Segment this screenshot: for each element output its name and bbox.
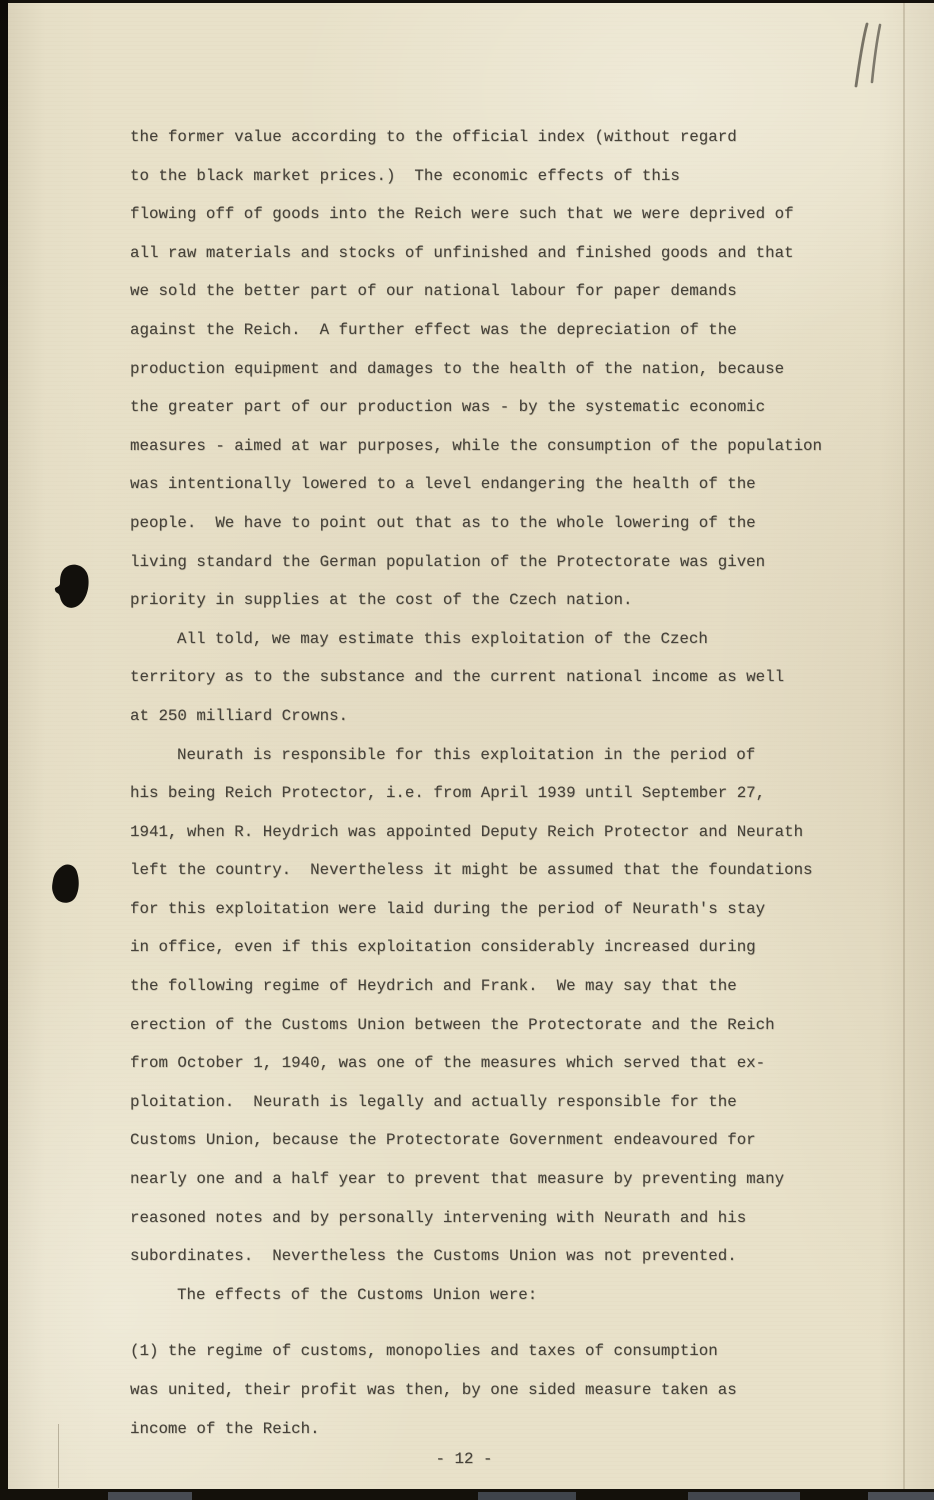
typed-line: territory as to the substance and the cu…: [130, 658, 834, 697]
typed-line: in office, even if this exploitation con…: [130, 928, 834, 967]
scan-edge-bottom: [0, 1489, 934, 1500]
scan-edge-patch: [108, 1492, 192, 1500]
typed-line: from October 1, 1940, was one of the mea…: [130, 1044, 834, 1083]
typed-line: to the black market prices.) The economi…: [130, 157, 834, 196]
paper-crease: [58, 1424, 59, 1488]
typed-line: for this exploitation were laid during t…: [130, 890, 834, 929]
page-edge-shadow: [903, 3, 905, 1489]
typed-line: left the country. Nevertheless it might …: [130, 851, 834, 890]
typed-line: Customs Union, because the Protectorate …: [130, 1121, 834, 1160]
scanned-document-page: the former value according to the offici…: [0, 0, 934, 1500]
typed-line: was intentionally lowered to a level end…: [130, 465, 834, 504]
footer-page-number: - 12 -: [112, 1440, 816, 1479]
typed-line: the greater part of our production was -…: [130, 388, 834, 427]
scan-edge-left: [0, 0, 8, 1500]
typed-line: erection of the Customs Union between th…: [130, 1006, 834, 1045]
typed-line: people. We have to point out that as to …: [130, 504, 834, 543]
typed-line: at 250 milliard Crowns.: [130, 697, 834, 736]
typed-line: All told, we may estimate this exploitat…: [130, 620, 834, 659]
pencil-stroke-icon: [846, 14, 892, 100]
scan-edge-patch: [688, 1492, 800, 1500]
typed-line: production equipment and damages to the …: [130, 350, 834, 389]
typed-line: priority in supplies at the cost of the …: [130, 581, 834, 620]
ink-blob-top: [54, 562, 94, 612]
typed-line: Neurath is responsible for this exploita…: [130, 736, 834, 775]
typed-line: (1) the regime of customs, monopolies an…: [130, 1332, 834, 1371]
typed-line: reasoned notes and by personally interve…: [130, 1199, 834, 1238]
typed-line: his being Reich Protector, i.e. from Apr…: [130, 774, 834, 813]
typed-line: was united, their profit was then, by on…: [130, 1371, 834, 1410]
typed-line: measures - aimed at war purposes, while …: [130, 427, 834, 466]
typed-line: 1941, when R. Heydrich was appointed Dep…: [130, 813, 834, 852]
typed-line: ploitation. Neurath is legally and actua…: [130, 1083, 834, 1122]
scan-edge-patch: [868, 1492, 934, 1500]
typed-line: nearly one and a half year to prevent th…: [130, 1160, 834, 1199]
typed-text-block: the former value according to the offici…: [130, 118, 834, 1479]
typed-line: the former value according to the offici…: [130, 118, 834, 157]
scan-edge-patch: [478, 1492, 576, 1500]
typed-line: subordinates. Nevertheless the Customs U…: [130, 1237, 834, 1276]
typed-line: against the Reich. A further effect was …: [130, 311, 834, 350]
typed-lines: the former value according to the offici…: [130, 118, 834, 1448]
typed-line: we sold the better part of our national …: [130, 272, 834, 311]
typed-line: all raw materials and stocks of unfinish…: [130, 234, 834, 273]
typed-line: The effects of the Customs Union were:: [130, 1276, 834, 1315]
scan-edge-top: [0, 0, 934, 3]
handwritten-page-number: [846, 14, 892, 105]
typed-line: living standard the German population of…: [130, 543, 834, 582]
typed-line: the following regime of Heydrich and Fra…: [130, 967, 834, 1006]
typed-line: flowing off of goods into the Reich were…: [130, 195, 834, 234]
ink-blob-bottom: [49, 862, 83, 906]
